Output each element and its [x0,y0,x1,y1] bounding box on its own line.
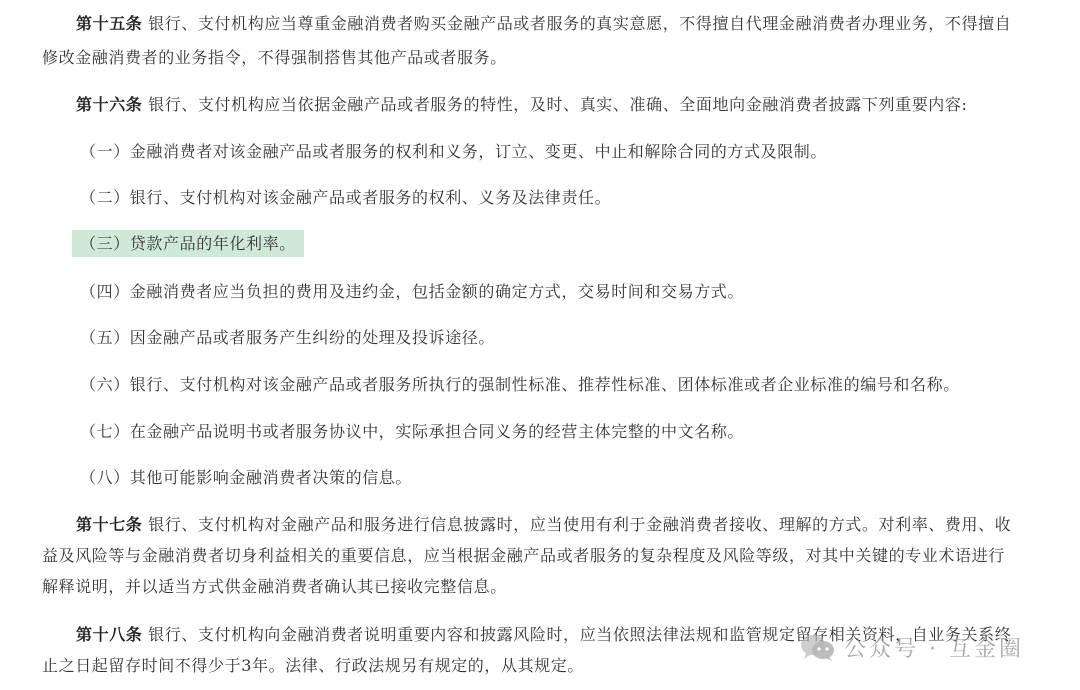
article-16-item-6: （六）银行、支付机构对该金融产品或者服务所执行的强制性标准、推荐性标准、团体标准… [80,374,960,396]
watermark: 公众号 · 互金圈 [800,632,1024,663]
article-16-item-3-highlighted: （三）贷款产品的年化利率。 [80,233,304,255]
article-16-item-5: （五）因金融产品或者服务产生纠纷的处理及投诉途径。 [80,327,495,349]
article-17-text-1: 银行、支付机构对金融产品和服务进行信息披露时，应当使用有利于金融消费者接收、理解… [142,515,1011,534]
highlighted-item: （三）贷款产品的年化利率。 [72,230,304,257]
article-16-item-1: （一）金融消费者对该金融产品或者服务的权利和义务，订立、变更、中止和解除合同的方… [80,141,827,163]
article-18-label: 第十八条 [76,625,142,644]
article-15-text-1: 银行、支付机构应当尊重金融消费者购买金融产品或者服务的真实意愿，不得擅自代理金融… [142,14,1011,33]
article-17-line-3: 解释说明，并以适当方式供金融消费者确认其已接收完整信息。 [42,576,507,598]
article-17-line-1: 第十七条 银行、支付机构对金融产品和服务进行信息披露时，应当使用有利于金融消费者… [76,514,1011,536]
article-16-label: 第十六条 [76,95,142,114]
article-16-line-1: 第十六条 银行、支付机构应当依据金融产品或者服务的特性，及时、真实、准确、全面地… [76,94,967,116]
article-16-item-4: （四）金融消费者应当负担的费用及违约金，包括金额的确定方式，交易时间和交易方式。 [80,281,744,303]
wechat-icon [800,634,836,662]
article-17-line-2: 益及风险等与金融消费者切身利益相关的重要信息，应当根据金融产品或者服务的复杂程度… [42,545,1005,567]
article-15-label: 第十五条 [76,14,142,33]
article-17-label: 第十七条 [76,515,142,534]
article-16-item-2: （二）银行、支付机构对该金融产品或者服务的权利、义务及法律责任。 [80,187,611,209]
article-15-line-1: 第十五条 银行、支付机构应当尊重金融消费者购买金融产品或者服务的真实意愿，不得擅… [76,13,1011,35]
article-18-line-2: 止之日起留存时间不得少于3年。法律、行政法规另有规定的，从其规定。 [42,655,584,677]
article-15-line-2: 修改金融消费者的业务指令，不得强制搭售其他产品或者服务。 [42,47,507,69]
article-16-item-8: （八）其他可能影响金融消费者决策的信息。 [80,467,412,489]
document-page: 第十五条 银行、支付机构应当尊重金融消费者购买金融产品或者服务的真实意愿，不得擅… [0,0,1080,690]
watermark-text: 公众号 · 互金圈 [844,632,1024,663]
article-16-text-1: 银行、支付机构应当依据金融产品或者服务的特性，及时、真实、准确、全面地向金融消费… [142,95,967,114]
article-16-item-7: （七）在金融产品说明书或者服务协议中，实际承担合同义务的经营主体完整的中文名称。 [80,421,744,443]
